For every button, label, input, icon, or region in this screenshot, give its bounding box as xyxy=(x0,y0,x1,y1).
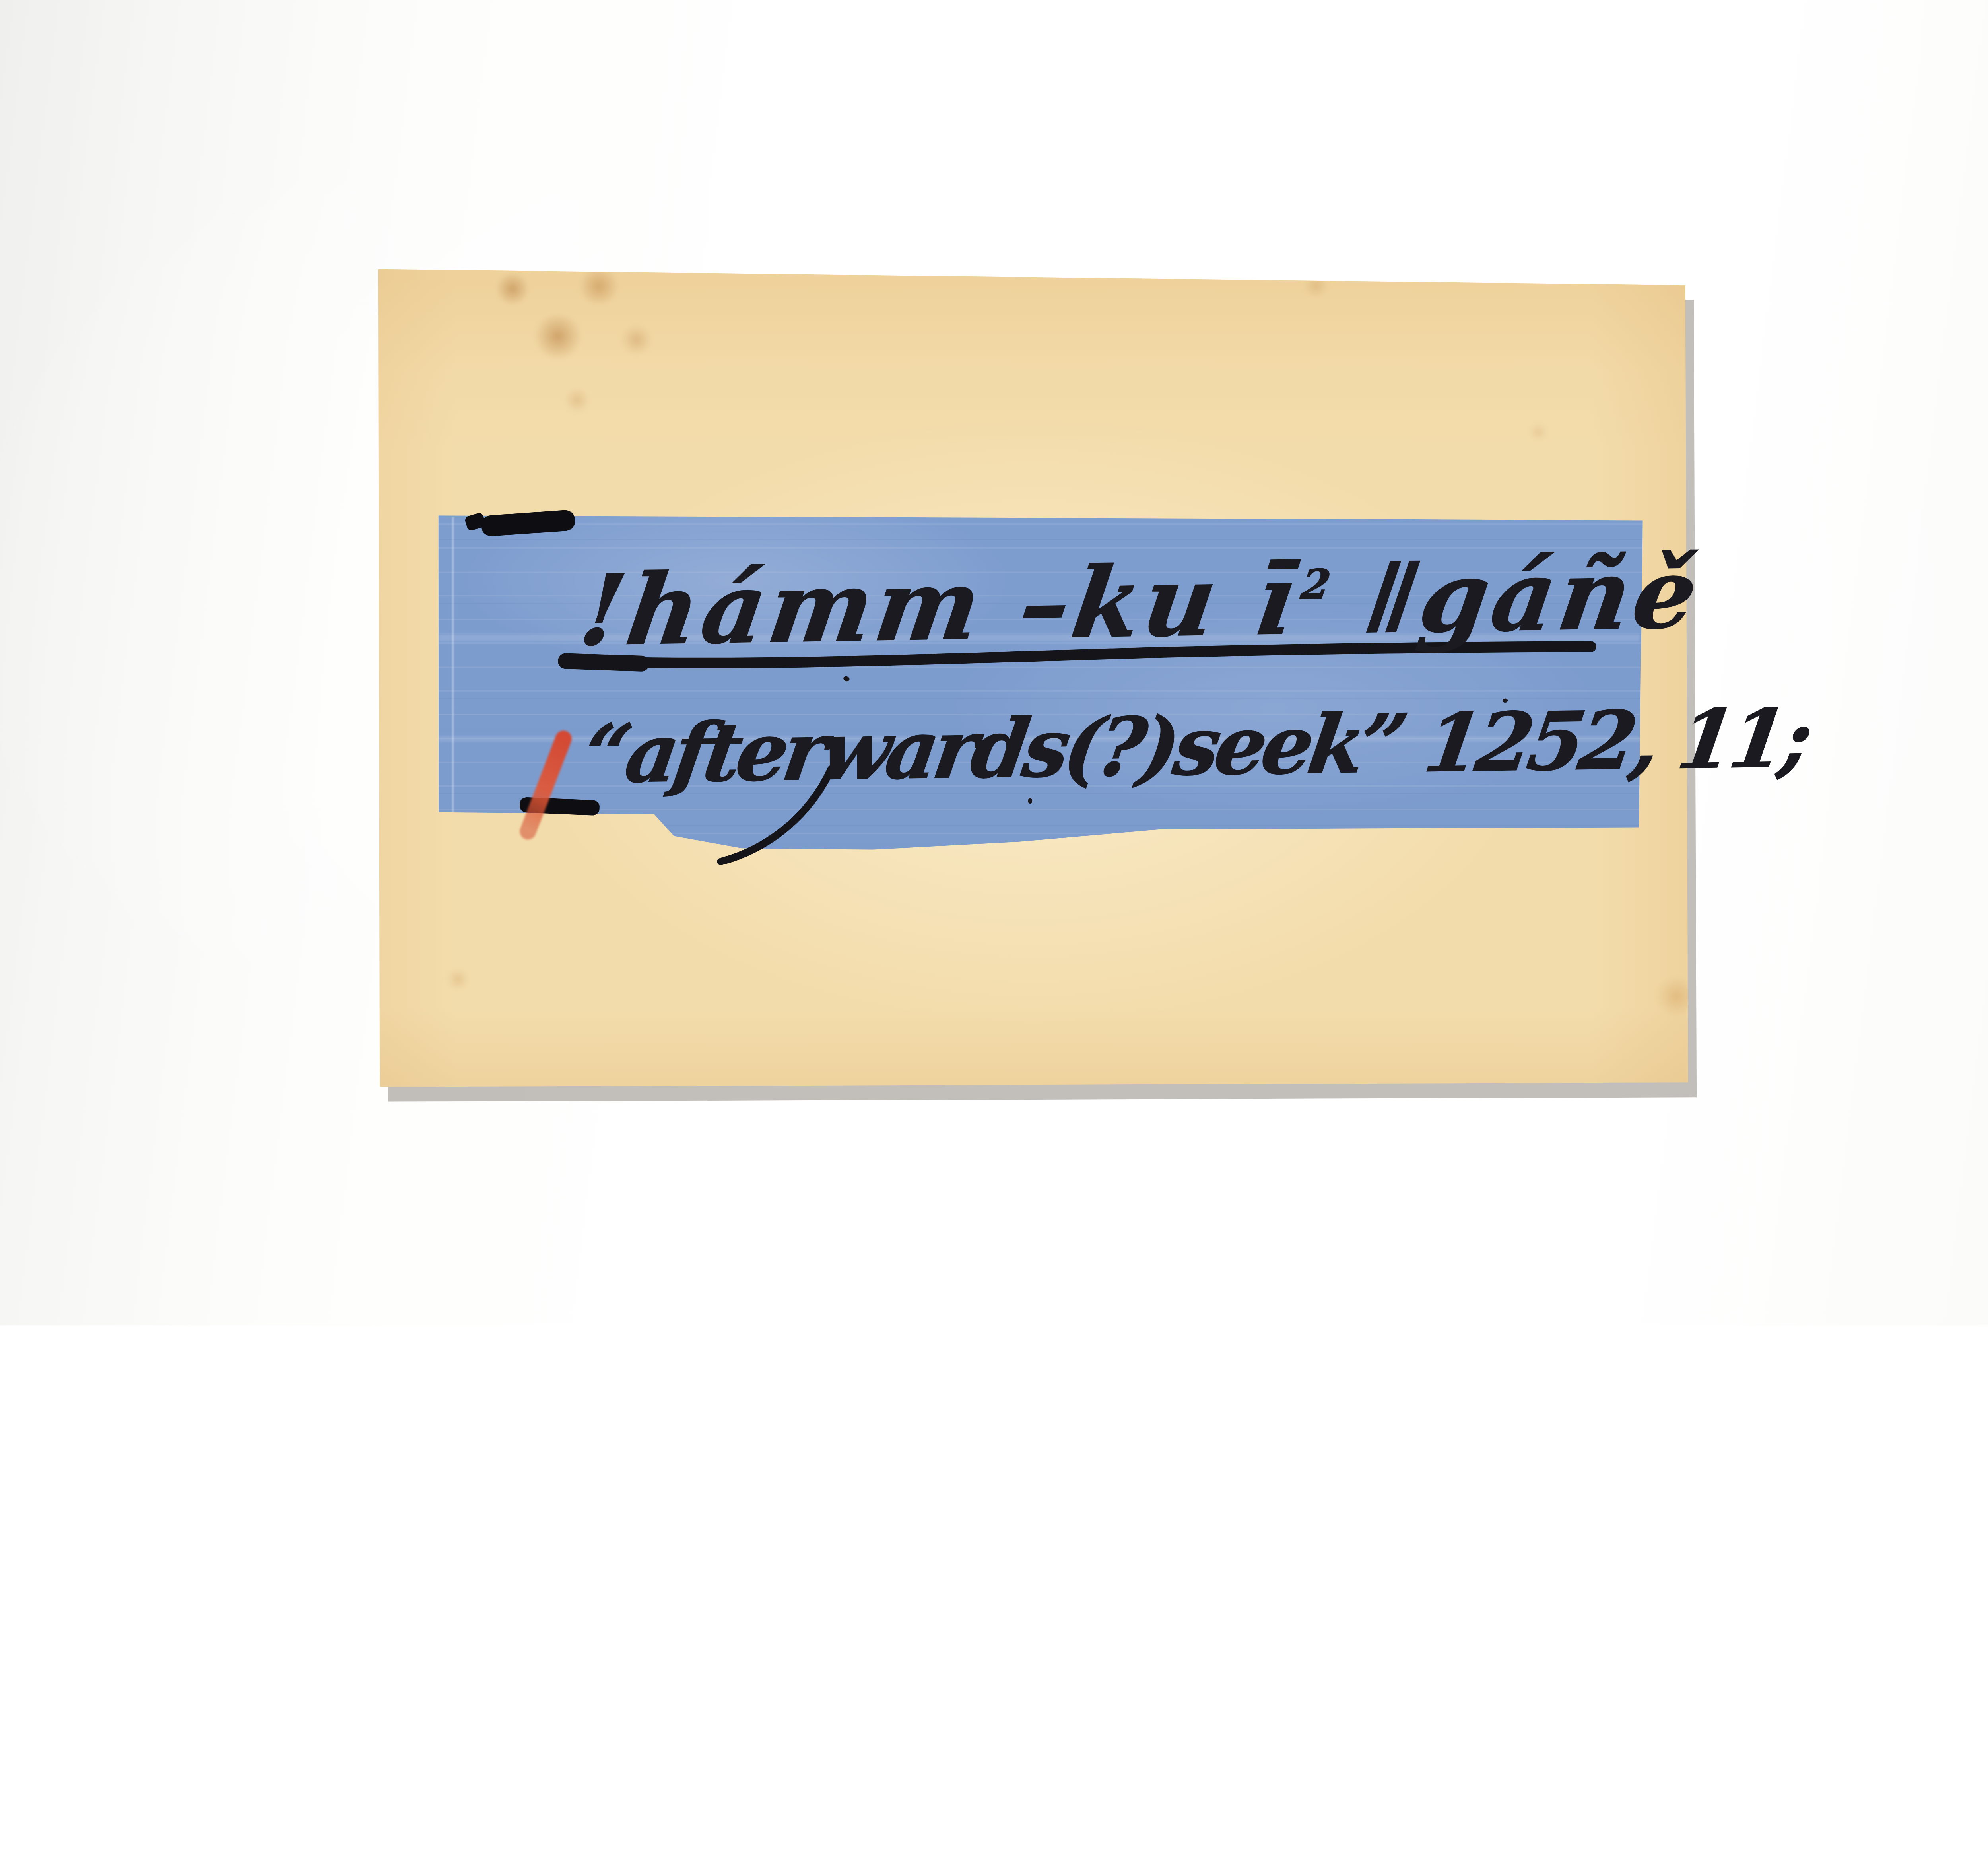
photo-backdrop: !hámm –ku ī2 ǁgáñě “afterwards(?)seek” 1… xyxy=(0,0,1988,1325)
ink-speck xyxy=(1028,798,1032,804)
line1-superscript: 2 xyxy=(1298,560,1334,608)
line1-text-end: ǁgáñě xyxy=(1323,536,1708,656)
line1-text: !hámm –ku ī xyxy=(574,542,1306,668)
ink-underline xyxy=(0,0,1988,1325)
handwritten-line-2: “afterwards(?)seek” 1252, 11; xyxy=(579,698,1813,794)
handwritten-line-1: !hámm –ku ī2 ǁgáñě xyxy=(575,545,1707,659)
